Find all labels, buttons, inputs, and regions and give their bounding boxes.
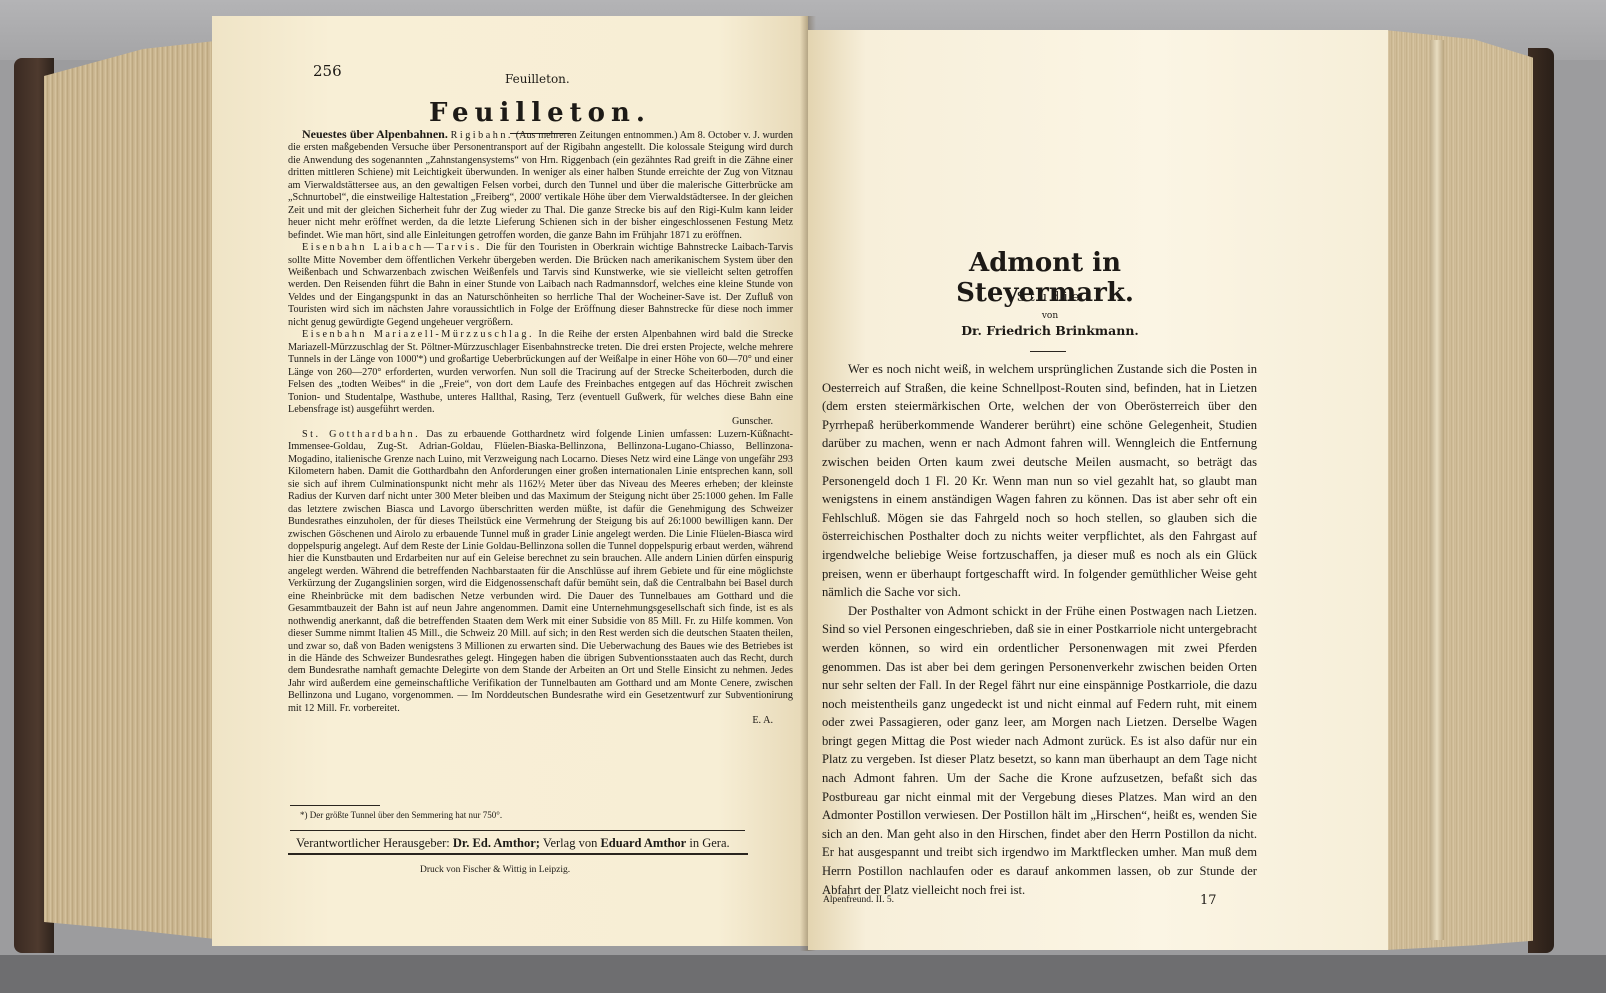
left-article-column: Neuestes über Alpenbahnen. Rigibahn. (Au… bbox=[288, 128, 793, 728]
article-subtitle: Studie bbox=[1000, 290, 1100, 305]
editor-name: Dr. Ed. Amthor; bbox=[453, 836, 540, 850]
subsection-heading: Eisenbahn Laibach—Tarvis. bbox=[302, 242, 482, 253]
running-head-left: Feuilleton. bbox=[505, 72, 570, 86]
page-edges-left bbox=[44, 40, 224, 940]
signature-mark: Alpenfreund. II. 5. bbox=[823, 895, 894, 905]
article-paragraph: St. Gotthardbahn. Das zu erbauende Gotth… bbox=[288, 429, 793, 715]
printer-imprint: Druck von Fischer & Wittig in Leipzig. bbox=[420, 865, 570, 875]
paragraph-text: (Aus mehreren Zeitungen entnommen.) Am 8… bbox=[288, 130, 793, 241]
page-edges-right bbox=[1385, 30, 1533, 950]
editor-rule-bottom bbox=[288, 853, 748, 855]
sheet-number: 17 bbox=[1200, 893, 1217, 908]
publisher-place: in Gera. bbox=[689, 836, 729, 850]
author-rule bbox=[1030, 351, 1066, 352]
author-signature: Gunscher. bbox=[288, 416, 793, 428]
article-paragraph: Eisenbahn Mariazell-Mürzzuschlag. In die… bbox=[288, 329, 793, 416]
article-paragraph: Eisenbahn Laibach—Tarvis. Die für den To… bbox=[288, 242, 793, 329]
page-number-left: 256 bbox=[313, 62, 342, 80]
subsection-heading: Rigibahn. bbox=[451, 130, 513, 141]
editor-rule-top bbox=[290, 830, 745, 831]
paragraph-text: Das zu erbauende Gotthardnetz wird folge… bbox=[288, 429, 793, 714]
editor-line: Verantwortlicher Herausgeber: Dr. Ed. Am… bbox=[296, 836, 746, 851]
byline-von: von bbox=[1000, 311, 1100, 321]
right-article-column: Wer es noch nicht weiß, in welchem urspr… bbox=[822, 360, 1257, 899]
section-title: Feuilleton. bbox=[420, 98, 660, 128]
publisher-name: Eduard Amthor bbox=[600, 836, 686, 850]
article-paragraph: Neuestes über Alpenbahnen. Rigibahn. (Au… bbox=[288, 128, 793, 242]
subsection-heading: Eisenbahn Mariazell-Mürzzuschlag. bbox=[302, 329, 534, 340]
editor-label: Verantwortlicher Herausgeber: bbox=[296, 836, 450, 850]
paragraph-text: In die Reihe der ersten Alpenbahnen wird… bbox=[288, 329, 793, 415]
paragraph-text: Die für den Touristen in Oberkrain wicht… bbox=[288, 242, 793, 328]
article-paragraph: Der Posthalter von Admont schickt in der… bbox=[822, 602, 1257, 900]
article-lead: Neuestes über Alpenbahnen. bbox=[302, 127, 448, 141]
bookmark-ribbon bbox=[1430, 40, 1444, 940]
footnote: *) Der größte Tunnel über den Semmering … bbox=[300, 810, 502, 820]
article-author: Dr. Friedrich Brinkmann. bbox=[940, 323, 1160, 338]
subsection-heading: St. Gotthardbahn. bbox=[302, 429, 420, 440]
author-signature: E. A. bbox=[288, 715, 793, 727]
background-table bbox=[0, 955, 1606, 993]
article-paragraph: Wer es noch nicht weiß, in welchem urspr… bbox=[822, 360, 1257, 602]
publisher-label: Verlag von bbox=[543, 836, 598, 850]
footnote-rule bbox=[290, 805, 380, 806]
